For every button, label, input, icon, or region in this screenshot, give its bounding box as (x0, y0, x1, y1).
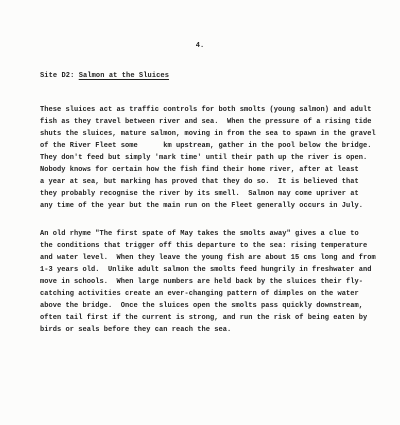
heading-site-label: Site D2: (40, 72, 79, 80)
paragraph-2: An old rhyme "The first spate of May tak… (40, 228, 372, 336)
page-number: 4. (28, 40, 372, 52)
paragraph-1: These sluices act as traffic controls fo… (40, 104, 372, 212)
section-heading: Site D2: Salmon at the Sluices (40, 70, 372, 82)
document-page: 4. Site D2: Salmon at the Sluices These … (0, 0, 400, 425)
heading-title: Salmon at the Sluices (79, 72, 169, 80)
